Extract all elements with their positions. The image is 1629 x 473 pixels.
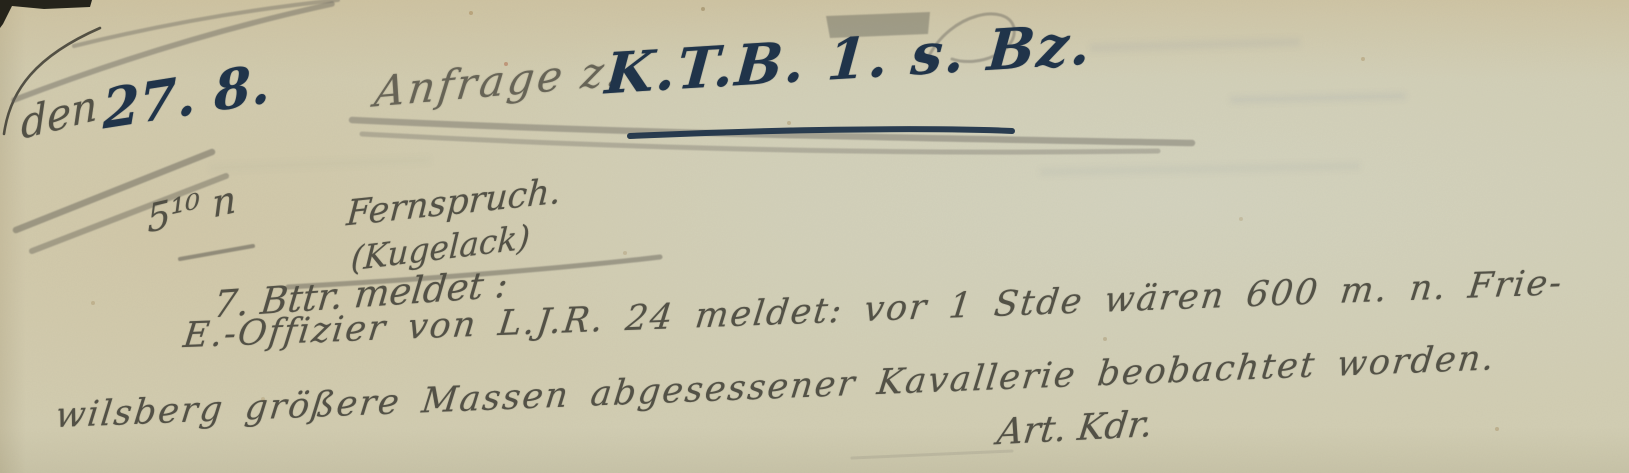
- paper-grain: [0, 0, 1629, 473]
- document-page: den 27. 8. 5¹⁰ n Anfrage z. K.T.B. 1. s.…: [0, 0, 1629, 473]
